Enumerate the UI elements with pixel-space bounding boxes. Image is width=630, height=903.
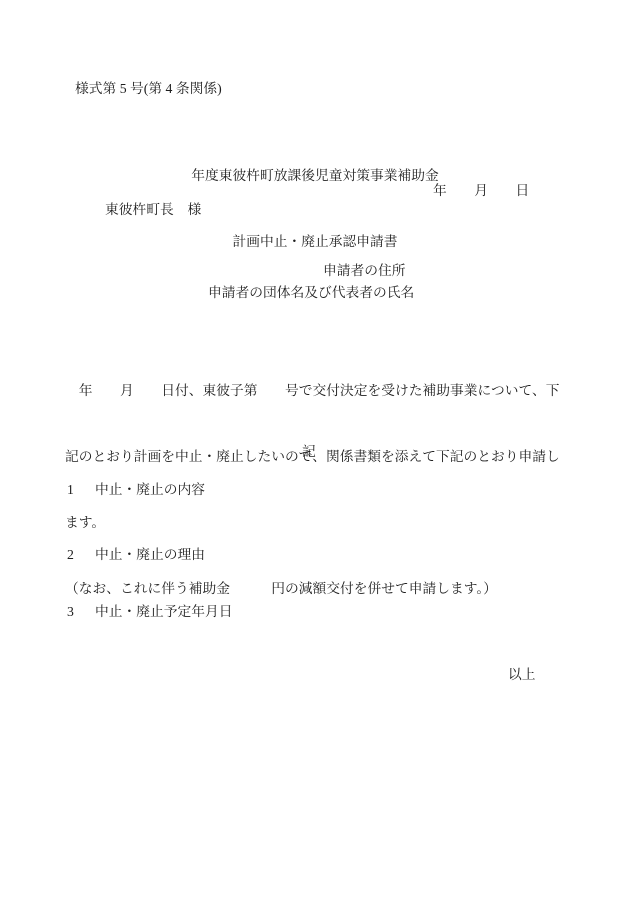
list-item-3-label: 中止・廃止予定年月日	[95, 601, 233, 623]
recipient-line: 東彼杵町長 様	[105, 199, 201, 221]
ki-section-heading: 記	[302, 441, 316, 463]
document-title-line1: 年度東彼杵町放課後児童対策事業補助金	[0, 165, 630, 187]
list-item-1-number: 1	[67, 479, 74, 501]
body-line-1: 年 月 日付、東彼子第 号で交付決定を受けた補助事業について、下	[65, 380, 567, 402]
list-item-3: 3 中止・廃止予定年月日	[0, 601, 630, 623]
body-line-3: ます。	[65, 512, 567, 534]
applicant-address-label: 申請者の住所	[323, 260, 406, 282]
list-item-1-label: 中止・廃止の内容	[95, 479, 205, 501]
document-page: 様式第 5 号(第 4 条関係) 年度東彼杵町放課後児童対策事業補助金 計画中止…	[0, 0, 630, 903]
body-line-2: 記のとおり計画を中止・廃止したいので、関係書類を添えて下記のとおり申請し	[65, 446, 567, 468]
closing-ijou: 以上	[508, 664, 536, 686]
list-item-2: 2 中止・廃止の理由	[0, 544, 630, 566]
list-item-2-label: 中止・廃止の理由	[95, 544, 205, 566]
date-blank-line: 年 月 日	[433, 180, 529, 202]
body-line-4: （なお、これに伴う補助金 円の減額交付を併せて申請します。）	[65, 578, 567, 600]
list-item-1: 1 中止・廃止の内容	[0, 479, 630, 501]
document-title: 年度東彼杵町放課後児童対策事業補助金 計画中止・廃止承認申請書	[0, 121, 630, 297]
list-item-3-number: 3	[67, 601, 74, 623]
applicant-org-name-label: 申請者の団体名及び代表者の氏名	[208, 282, 414, 304]
form-number: 様式第 5 号(第 4 条関係)	[75, 78, 222, 100]
list-item-2-number: 2	[67, 544, 74, 566]
document-title-line2: 計画中止・廃止承認申請書	[0, 231, 630, 253]
